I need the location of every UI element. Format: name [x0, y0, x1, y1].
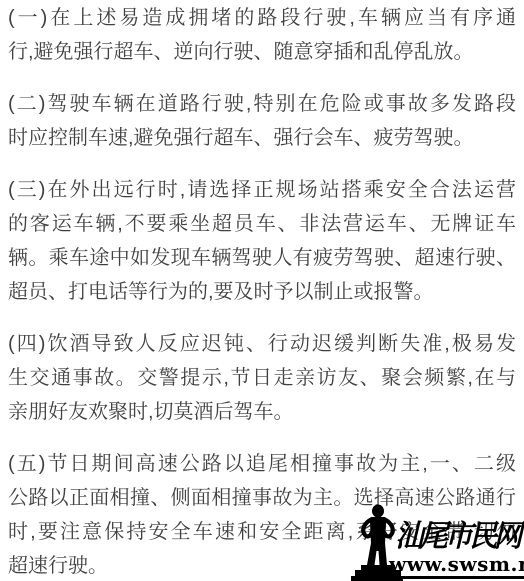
text-line: (四)饮酒导致人反应迟钝、行动迟缓判断失准,极易发 [8, 327, 516, 361]
text-line: (二)驾驶车辆在道路行驶,特别在危险或事故多发路段 [8, 87, 516, 121]
watermark-site-name: 汕尾市民网 [395, 521, 517, 553]
text-line: (一)在上述易造成拥堵的路段行驶,车辆应当有序通 [8, 1, 516, 35]
text-line: 生交通事故。交警提示,节日走亲访友、聚会频繁,在与 [8, 361, 516, 395]
text-line: (五)节日期间高速公路以追尾相撞事故为主,一、二级 [8, 447, 516, 481]
site-watermark: 汕尾市民网 www.swsm.net [345, 497, 523, 581]
text-line: 时应控制车速,避免强行超车、强行会车、疲劳驾驶。 [8, 121, 516, 155]
paragraph-1: (一)在上述易造成拥堵的路段行驶,车辆应当有序通 行,避免强行超车、逆向行驶、随… [8, 1, 516, 69]
paragraph-2: (二)驾驶车辆在道路行驶,特别在危险或事故多发路段 时应控制车速,避免强行超车、… [8, 87, 516, 155]
text-line: 亲朋好友欢聚时,切莫酒后驾车。 [8, 395, 516, 429]
article-body: (一)在上述易造成拥堵的路段行驶,车辆应当有序通 行,避免强行超车、逆向行驶、随… [0, 0, 524, 581]
watermark-site-url: www.swsm.net [389, 553, 524, 579]
text-line: 的客运车辆,不要乘坐超员车、非法营运车、无牌证车 [8, 207, 516, 241]
text-line: 辆。乘车途中如发现车辆驾驶人有疲劳驾驶、超速行驶、 [8, 241, 516, 275]
text-line: (三)在外出远行时,请选择正规场站搭乘安全合法运营 [8, 173, 516, 207]
text-line: 行,避免强行超车、逆向行驶、随意穿插和乱停乱放。 [8, 35, 516, 69]
paragraph-3: (三)在外出远行时,请选择正规场站搭乘安全合法运营 的客运车辆,不要乘坐超员车、… [8, 173, 516, 309]
text-line: 超员、打电话等行为的,要及时予以制止或报警。 [8, 275, 516, 309]
paragraph-4: (四)饮酒导致人反应迟钝、行动迟缓判断失准,极易发 生交通事故。交警提示,节日走… [8, 327, 516, 429]
